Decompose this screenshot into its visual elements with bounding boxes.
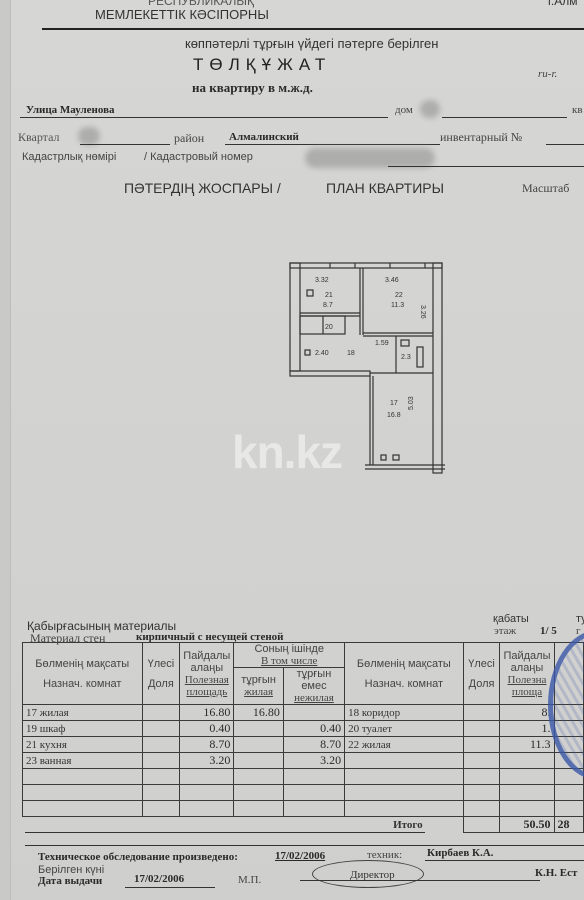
street-value: Улица Мауленова — [26, 104, 115, 116]
living-area-cell — [234, 721, 284, 737]
nonliving-area-cell: 3.20 — [283, 753, 344, 769]
floor-label-ru: этаж — [494, 625, 516, 637]
svg-text:16.8: 16.8 — [387, 412, 401, 419]
table-row — [23, 769, 584, 785]
share-cell — [142, 721, 180, 737]
nonliving-area-cell — [283, 785, 344, 801]
district-underline — [225, 144, 440, 145]
cadastral-underline — [388, 166, 584, 167]
house-redacted — [420, 100, 440, 118]
total-living: 28 — [554, 817, 584, 833]
share-cell — [142, 705, 180, 721]
header-divider — [42, 28, 584, 30]
street-underline — [20, 117, 388, 118]
footer-divider-1 — [25, 832, 425, 833]
svg-text:5.03: 5.03 — [408, 396, 415, 410]
director-name: К.Н. Ест — [535, 867, 577, 879]
room-cell-2 — [345, 769, 464, 785]
room-cell-2 — [345, 753, 464, 769]
col-purpose: Бөлменің мақсатыНазнач. комнат — [23, 643, 143, 705]
scale-label: Масштаб — [522, 181, 569, 196]
useful-area-cell: 8.70 — [180, 737, 234, 753]
svg-text:3.26: 3.26 — [419, 305, 426, 319]
living-area-cell — [234, 737, 284, 753]
cadastral-label-ru: / Кадастровый номер — [144, 151, 253, 163]
room-cell: 23 ванная — [23, 753, 143, 769]
living-area-cell — [234, 769, 284, 785]
useful-area-cell-2 — [500, 785, 554, 801]
inspection-label: Техническое обследование произведено: — [38, 851, 238, 863]
floor-value: 1/ 5 — [540, 625, 557, 637]
extra-cell — [554, 785, 584, 801]
issue-date-underline — [125, 887, 215, 888]
useful-area-cell — [180, 769, 234, 785]
title-kz: ТӨЛҚҰЖАТ — [193, 55, 331, 75]
plan-title-kz: ПӘТЕРДІҢ ЖОСПАРЫ / — [124, 180, 281, 196]
room-cell — [23, 769, 143, 785]
svg-text:2.40: 2.40 — [315, 350, 329, 357]
footer-divider-2 — [25, 845, 584, 846]
nonliving-area-cell: 8.70 — [283, 737, 344, 753]
total-label: Итого — [23, 817, 464, 833]
room-cell: 17 жилая — [23, 705, 143, 721]
table-row: 17 жилая16.8016.8018 коридор8. — [23, 705, 584, 721]
district-label: район — [174, 131, 204, 146]
nonliving-area-cell — [283, 705, 344, 721]
room-cell — [23, 785, 143, 801]
nonliving-area-cell: 0.40 — [283, 721, 344, 737]
useful-area-cell-2 — [500, 769, 554, 785]
city-label: г.Алм — [548, 0, 578, 8]
table-header-row: Бөлменің мақсатыНазнач. комнат ҮлесіДоля… — [23, 643, 584, 668]
inventory-label: инвентарный № — [440, 130, 522, 145]
issue-date: 17/02/2006 — [134, 873, 184, 885]
cadastral-redacted — [305, 148, 435, 168]
useful-area-cell: 16.80 — [180, 705, 234, 721]
svg-text:1.59: 1.59 — [375, 340, 389, 347]
handwritten-note: ru-r. — [538, 68, 557, 80]
share-cell-2 — [463, 753, 500, 769]
living-area-cell — [234, 753, 284, 769]
col-living: тұрғынжилая — [234, 668, 284, 705]
rooms-table: Бөлменің мақсатыНазнач. комнат ҮлесіДоля… — [22, 642, 584, 833]
share-cell — [142, 785, 180, 801]
room-cell-2 — [345, 785, 464, 801]
useful-area-cell-2: 11.3 — [500, 737, 554, 753]
room-cell-2 — [345, 801, 464, 817]
inspection-date: 17/02/2006 — [275, 850, 325, 862]
svg-text:8.7: 8.7 — [323, 302, 333, 309]
useful-area-cell-2: 1. — [500, 721, 554, 737]
col-nonliving: тұрғын емеснежилая — [283, 668, 344, 705]
room-cell-2: 18 коридор — [345, 705, 464, 721]
svg-text:21: 21 — [325, 292, 333, 299]
useful-area-cell: 3.20 — [180, 753, 234, 769]
room-cell-2: 20 туалет — [345, 721, 464, 737]
svg-text:17: 17 — [390, 400, 398, 407]
table-row — [23, 801, 584, 817]
svg-text:3.32: 3.32 — [315, 277, 329, 284]
org-line-2: МЕМЛЕКЕТТІК КӘСІПОРНЫ — [95, 7, 269, 22]
share-cell — [142, 753, 180, 769]
technician-name: Кирбаев К.А. — [427, 847, 493, 859]
share-cell-2 — [463, 705, 500, 721]
useful-area-cell — [180, 785, 234, 801]
nonliving-area-cell — [283, 801, 344, 817]
room-cell: 19 шкаф — [23, 721, 143, 737]
room-cell: 21 кухня — [23, 737, 143, 753]
share-cell — [142, 769, 180, 785]
signature-loop — [312, 860, 424, 888]
cadastral-label-kz: Кадастрлық нөмірі — [22, 151, 116, 163]
issue-label-ru: Дата выдачи — [38, 875, 102, 887]
extra-cell — [554, 801, 584, 817]
col-share: ҮлесіДоля — [142, 643, 180, 705]
share-cell-2 — [463, 801, 500, 817]
share-cell-2 — [463, 737, 500, 753]
plan-title-ru: ПЛАН КВАРТИРЫ — [326, 180, 444, 196]
share-cell — [142, 737, 180, 753]
living-area-cell — [234, 785, 284, 801]
title-ru: на квартиру в м.ж.д. — [192, 80, 313, 96]
living-area-cell — [234, 801, 284, 817]
floor-label-kz: қабаты — [493, 613, 529, 625]
share-cell-2 — [463, 785, 500, 801]
useful-area-cell-2: 8. — [500, 705, 554, 721]
useful-area-cell — [180, 801, 234, 817]
room-cell — [23, 801, 143, 817]
col-share-2: ҮлесіДоля — [463, 643, 500, 705]
table-row — [23, 785, 584, 801]
room-cell-2: 22 жилая — [345, 737, 464, 753]
extra-label-kz: ту — [576, 613, 584, 625]
svg-text:22: 22 — [395, 292, 403, 299]
district-value: Алмалинский — [229, 131, 299, 143]
share-cell — [142, 801, 180, 817]
watermark-logo: kn.kz — [232, 425, 342, 479]
table-row: 19 шкаф0.400.4020 туалет1. — [23, 721, 584, 737]
table-row: 21 кухня8.708.7022 жилая11.3 — [23, 737, 584, 753]
house-label: дом — [395, 104, 413, 116]
useful-area-cell: 0.40 — [180, 721, 234, 737]
svg-text:11.3: 11.3 — [391, 302, 404, 309]
col-useful-area-2: Пайдалы алаңыПолезна площа — [500, 643, 554, 705]
seal-label: М.П. — [238, 874, 261, 886]
quarter-redacted — [78, 127, 100, 145]
svg-text:20: 20 — [325, 324, 333, 331]
table-row: 23 ванная3.203.20 — [23, 753, 584, 769]
svg-text:18: 18 — [347, 350, 355, 357]
col-including: Соның ішіндеВ том числе — [234, 643, 345, 668]
quarter-label: Квартал — [18, 130, 60, 145]
share-cell-2 — [463, 721, 500, 737]
col-purpose-2: Бөлменің мақсатыНазнач. комнат — [345, 643, 464, 705]
director-underline — [300, 880, 540, 881]
share-cell-2 — [463, 769, 500, 785]
useful-area-cell-2 — [500, 801, 554, 817]
svg-text:2.3: 2.3 — [401, 354, 411, 361]
technician-underline — [425, 860, 584, 861]
living-area-cell: 16.80 — [234, 705, 284, 721]
subtitle-kz: көппәтерлі тұрғын үйдегі пәтерге берілге… — [185, 36, 438, 51]
house-underline — [442, 117, 567, 118]
svg-text:3.46: 3.46 — [385, 277, 399, 284]
apt-label: кв — [572, 104, 583, 116]
nonliving-area-cell — [283, 769, 344, 785]
total-useful: 50.50 — [500, 817, 554, 833]
inventory-underline — [546, 144, 584, 145]
col-useful-area: Пайдалы алаңыПолезная площадь — [180, 643, 234, 705]
useful-area-cell-2 — [500, 753, 554, 769]
total-row: Итого 50.50 28 — [23, 817, 584, 833]
quarter-underline — [80, 144, 170, 145]
